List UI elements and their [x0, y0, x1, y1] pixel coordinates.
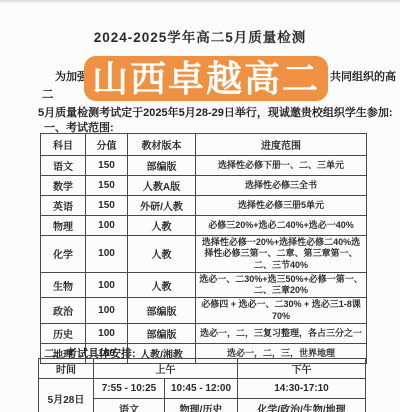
subject-cell: 物理: [41, 216, 86, 236]
table-row: 数学 150 人教A版 选择性必修三全书: [41, 176, 367, 196]
col-header-scope: 进度范围: [196, 134, 367, 156]
score-cell: 100: [86, 323, 128, 343]
exam-schedule-table: 时间 上午 下午 5月28日 7:55 - 10:25 10:45 - 12:0…: [38, 358, 366, 412]
col-header-morning: 上午: [94, 359, 238, 379]
table-row: 英语 150 外研/人教 选择性必修三册5单元: [41, 196, 367, 216]
subject-cell: 生物: [41, 272, 86, 298]
document-page: 2024-2025学年高二5月质量检测 为加强校 共同组织的高 山西卓越高二 二…: [0, 0, 400, 412]
score-cell: 100: [86, 298, 128, 324]
scope-cell: 选择性必修下册一、二、三单元: [196, 156, 367, 176]
scope-cell: 选必一，二，三复习整理，各占三分之一: [196, 323, 367, 343]
slot-cell: 14:30-17:10: [238, 379, 366, 399]
col-header-afternoon: 下午: [238, 359, 366, 379]
subject-slot-cell: 物理/历史: [165, 399, 238, 412]
subject-slot-cell: 化学/政治/生物/地理: [238, 399, 366, 412]
table-row: 历史 100 部编版 选必一，二，三复习整理，各占三分之一: [41, 323, 367, 343]
score-cell: 150: [86, 196, 128, 216]
scope-table-header-row: 科目 分值 教材版本 进度范围: [41, 134, 367, 156]
table-row: 化学 100 人教 选择性必修一20%+选择性必修二40%选择性必修三第一、二章…: [41, 236, 367, 273]
subject-cell: 数学: [41, 176, 86, 196]
table-row: 政治 100 部编版 必修四 + 选必一、二30% + 选必三1-8课70%: [41, 298, 367, 324]
scope-cell: 必修三20%+选必二40%+选必一40%: [196, 216, 367, 236]
subject-cell: 历史: [41, 323, 86, 343]
col-header-score: 分值: [86, 134, 128, 156]
score-cell: 150: [86, 156, 128, 176]
scope-cell: 选择性必修三册5单元: [196, 196, 367, 216]
scope-cell: 选必一、二30%+选三50%+必修一第一、二、三章20%: [196, 272, 367, 298]
col-header-subject: 科目: [41, 134, 86, 156]
subject-slot-cell: 语文: [94, 399, 165, 412]
col-header-edition: 教材版本: [128, 134, 196, 156]
scope-cell: 选择性必修三全书: [196, 176, 367, 196]
date-cell: 5月28日: [39, 379, 94, 412]
slot-cell: 10:45 - 12:00: [165, 379, 238, 399]
document-title: 2024-2025学年高二5月质量检测: [0, 26, 400, 46]
edition-cell: 人教A版: [128, 176, 196, 196]
table-row: 物理 100 人教 必修三20%+选必二40%+选必一40%: [41, 216, 367, 236]
scope-cell: 选择性必修一20%+选择性必修二40%选择性必修三第一、二章、第三章第一、二、三…: [196, 236, 367, 273]
schedule-header-row: 时间 上午 下午: [39, 359, 366, 379]
scope-cell: 必修四 + 选必一、二30% + 选必三1-8课70%: [196, 298, 367, 324]
table-row: 语文 150 部编版 选择性必修下册一、二、三单元: [41, 156, 367, 176]
page-top-shadow: [0, 0, 400, 4]
edition-cell: 人教: [128, 216, 196, 236]
subject-cell: 政治: [41, 298, 86, 324]
watermark-banner: 山西卓越高二: [84, 56, 328, 101]
watermark-text: 山西卓越高二: [92, 61, 320, 97]
edition-cell: 人教: [128, 236, 196, 273]
subject-cell: 英语: [41, 196, 86, 216]
subject-cell: 语文: [41, 156, 86, 176]
intro-line-2: 二: [42, 86, 54, 102]
subject-cell: 化学: [41, 236, 86, 273]
score-cell: 100: [86, 272, 128, 298]
edition-cell: 部编版: [128, 323, 196, 343]
intro-right-fragment: 共同组织的高: [330, 68, 396, 84]
edition-cell: 部编版: [128, 298, 196, 324]
table-row: 生物 100 人教 选必一、二30%+选三50%+必修一第一、二、三章20%: [41, 272, 367, 298]
schedule-time-row: 5月28日 7:55 - 10:25 10:45 - 12:00 14:30-1…: [39, 379, 366, 399]
col-header-time: 时间: [39, 359, 94, 379]
score-cell: 100: [86, 236, 128, 273]
edition-cell: 人教: [128, 272, 196, 298]
edition-cell: 外研/人教: [128, 196, 196, 216]
exam-scope-table: 科目 分值 教材版本 进度范围 语文 150 部编版 选择性必修下册一、二、三单…: [40, 133, 367, 364]
edition-cell: 部编版: [128, 156, 196, 176]
score-cell: 100: [86, 216, 128, 236]
score-cell: 150: [86, 176, 128, 196]
slot-cell: 7:55 - 10:25: [94, 379, 165, 399]
intro-line-3: 5月质量检测考试定于2025年5月28-29日举行，现诚邀贵校组织学生参加:: [38, 104, 370, 120]
